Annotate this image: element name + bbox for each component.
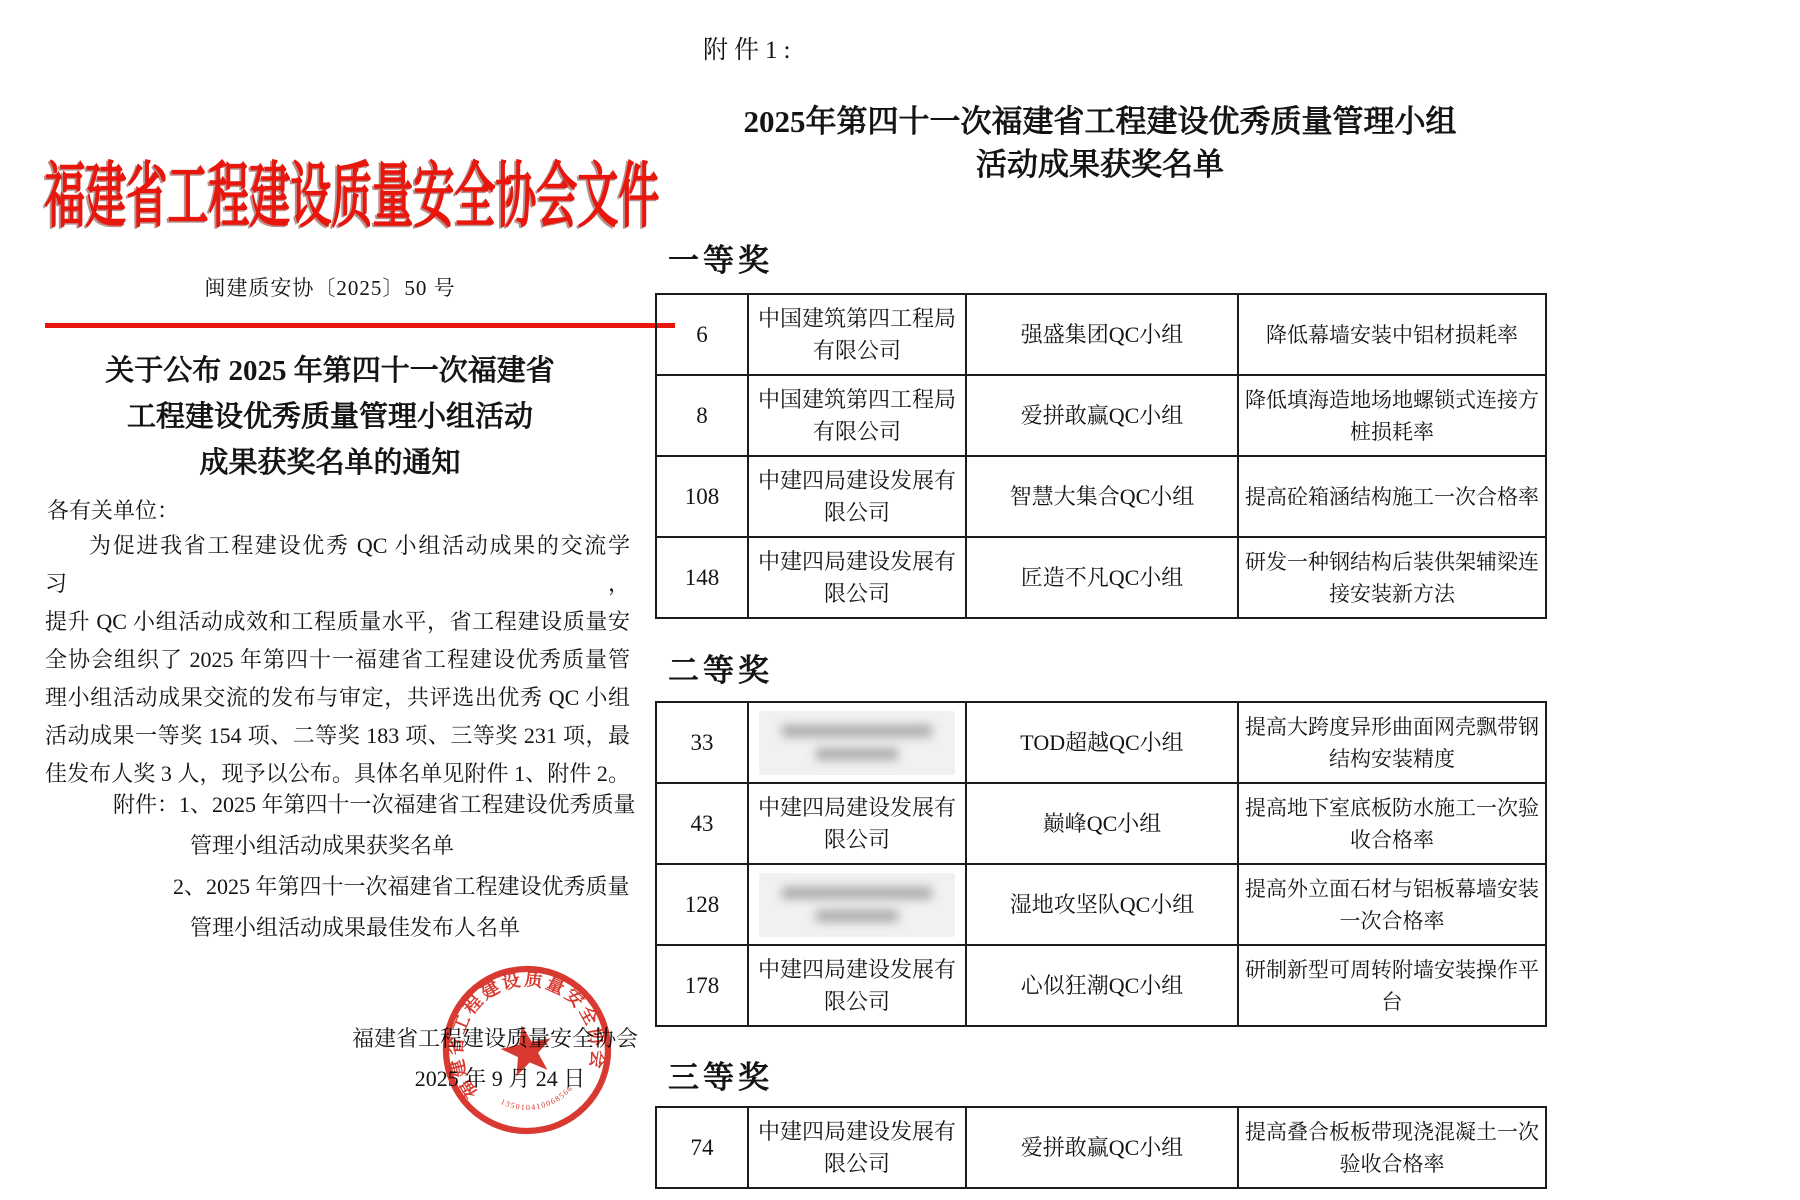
body-line: 提升 QC 小组活动成效和工程质量水平，省工程建设质量安 <box>45 603 630 641</box>
award-number: 6 <box>656 294 748 375</box>
body-line: 活动成果一等奖 154 项、二等奖 183 项、三等奖 231 项，最 <box>45 717 630 755</box>
attachment-line: 管理小组活动成果获奖名单 <box>45 825 630 866</box>
company-name: 中建四局建设发展有限公司 <box>748 456 966 537</box>
attachment-1-label: 附件1: <box>703 30 796 66</box>
result-title: 提高外立面石材与铝板幕墙安装一次合格率 <box>1238 864 1546 945</box>
result-title: 提高叠合板板带现浇混凝土一次验收合格率 <box>1238 1107 1546 1188</box>
company-name: 中建四局建设发展有限公司 <box>748 783 966 864</box>
third-prize-label: 三等奖 <box>668 1052 773 1097</box>
svg-text:135010410068566: 135010410068566 <box>498 1082 578 1118</box>
second-prize-label: 二等奖 <box>668 645 773 690</box>
award-number: 148 <box>656 537 748 618</box>
document-number: 闽建质安协〔2025〕50 号 <box>0 272 660 302</box>
result-title: 降低幕墙安装中铝材损耗率 <box>1238 294 1546 375</box>
result-title: 提高砼箱涵结构施工一次合格率 <box>1238 456 1546 537</box>
qc-group-name: 湿地攻坚队QC小组 <box>966 864 1238 945</box>
attachment-list: 附件：1、2025 年第四十一次福建省工程建设优秀质量 管理小组活动成果获奖名单… <box>45 784 630 948</box>
attachment-line: 管理小组活动成果最佳发布人名单 <box>45 907 630 948</box>
table-row: 148中建四局建设发展有限公司匠造不凡QC小组研发一种钢结构后装供架辅梁连接安装… <box>656 537 1546 618</box>
seal-star-icon <box>497 1020 557 1078</box>
table-row: 128湿地攻坚队QC小组提高外立面石材与铝板幕墙安装一次合格率 <box>656 864 1546 945</box>
masthead-title: 福建省工程建设质量安全协会文件 <box>38 138 666 241</box>
company-name <box>748 864 966 945</box>
qc-group-name: 智慧大集合QC小组 <box>966 456 1238 537</box>
document-canvas: 福建省工程建设质量安全协会文件 闽建质安协〔2025〕50 号 关于公布 202… <box>0 0 1800 1200</box>
result-title: 研制新型可周转附墙安装操作平台 <box>1238 945 1546 1026</box>
body-line: 理小组活动成果交流的发布与审定，共评选出优秀 QC 小组 <box>45 679 630 717</box>
qc-group-name: 强盛集团QC小组 <box>966 294 1238 375</box>
third-prize-table: 74中建四局建设发展有限公司爱拼敢赢QC小组提高叠合板板带现浇混凝土一次验收合格… <box>655 1106 1547 1189</box>
qc-group-name: 巅峰QC小组 <box>966 783 1238 864</box>
red-divider-rule <box>45 323 675 328</box>
redacted-company-blur <box>759 873 955 937</box>
company-name: 中建四局建设发展有限公司 <box>748 945 966 1026</box>
first-prize-table: 6中国建筑第四工程局有限公司强盛集团QC小组降低幕墙安装中铝材损耗率8中国建筑第… <box>655 293 1547 619</box>
official-red-seal: 福建省工程建设质量安全协会 135010410068566 <box>420 943 633 1156</box>
notice-title-line: 关于公布 2025 年第四十一次福建省 <box>40 348 620 394</box>
award-list-title-line: 活动成果获奖名单 <box>655 143 1545 186</box>
body-line: 为促进我省工程建设优秀 QC 小组活动成果的交流学习， <box>45 527 630 603</box>
qc-group-name: 爱拼敢赢QC小组 <box>966 375 1238 456</box>
table-row: 43中建四局建设发展有限公司巅峰QC小组提高地下室底板防水施工一次验收合格率 <box>656 783 1546 864</box>
result-title: 研发一种钢结构后装供架辅梁连接安装新方法 <box>1238 537 1546 618</box>
left-page: 福建省工程建设质量安全协会文件 闽建质安协〔2025〕50 号 关于公布 202… <box>0 0 660 1200</box>
table-row: 178中建四局建设发展有限公司心似狂潮QC小组研制新型可周转附墙安装操作平台 <box>656 945 1546 1026</box>
award-list-title-line: 2025年第四十一次福建省工程建设优秀质量管理小组 <box>655 100 1545 143</box>
attachment-line: 2、2025 年第四十一次福建省工程建设优秀质量 <box>45 866 630 907</box>
company-name: 中国建筑第四工程局有限公司 <box>748 294 966 375</box>
award-number: 178 <box>656 945 748 1026</box>
result-title: 降低填海造地场地螺锁式连接方桩损耗率 <box>1238 375 1546 456</box>
table-row: 33TOD超越QC小组提高大跨度异形曲面网壳飘带钢结构安装精度 <box>656 702 1546 783</box>
notice-title-line: 工程建设优秀质量管理小组活动 <box>40 394 620 440</box>
award-number: 43 <box>656 783 748 864</box>
company-name: 中国建筑第四工程局有限公司 <box>748 375 966 456</box>
body-line: 全协会组织了 2025 年第四十一福建省工程建设优秀质量管 <box>45 641 630 679</box>
qc-group-name: TOD超越QC小组 <box>966 702 1238 783</box>
seal-serial-number: 135010410068566 <box>498 1082 578 1118</box>
redacted-company-blur <box>759 711 955 775</box>
table-row: 74中建四局建设发展有限公司爱拼敢赢QC小组提高叠合板板带现浇混凝土一次验收合格… <box>656 1107 1546 1188</box>
table-row: 8中国建筑第四工程局有限公司爱拼敢赢QC小组降低填海造地场地螺锁式连接方桩损耗率 <box>656 375 1546 456</box>
qc-group-name: 心似狂潮QC小组 <box>966 945 1238 1026</box>
notice-title-line: 成果获奖名单的通知 <box>40 440 620 486</box>
attachment-line: 附件：1、2025 年第四十一次福建省工程建设优秀质量 <box>45 784 630 825</box>
company-name: 中建四局建设发展有限公司 <box>748 537 966 618</box>
table-row: 108中建四局建设发展有限公司智慧大集合QC小组提高砼箱涵结构施工一次合格率 <box>656 456 1546 537</box>
table-row: 6中国建筑第四工程局有限公司强盛集团QC小组降低幕墙安装中铝材损耗率 <box>656 294 1546 375</box>
company-name: 中建四局建设发展有限公司 <box>748 1107 966 1188</box>
award-number: 8 <box>656 375 748 456</box>
award-number: 74 <box>656 1107 748 1188</box>
qc-group-name: 匠造不凡QC小组 <box>966 537 1238 618</box>
award-number: 33 <box>656 702 748 783</box>
notice-title: 关于公布 2025 年第四十一次福建省 工程建设优秀质量管理小组活动 成果获奖名… <box>40 348 620 486</box>
award-number: 108 <box>656 456 748 537</box>
first-prize-label: 一等奖 <box>668 235 773 280</box>
result-title: 提高大跨度异形曲面网壳飘带钢结构安装精度 <box>1238 702 1546 783</box>
second-prize-table: 33TOD超越QC小组提高大跨度异形曲面网壳飘带钢结构安装精度43中建四局建设发… <box>655 701 1547 1027</box>
notice-body: 为促进我省工程建设优秀 QC 小组活动成果的交流学习， 提升 QC 小组活动成效… <box>45 527 630 793</box>
company-name <box>748 702 966 783</box>
award-list-title: 2025年第四十一次福建省工程建设优秀质量管理小组 活动成果获奖名单 <box>655 100 1545 186</box>
salutation: 各有关单位： <box>47 494 179 525</box>
qc-group-name: 爱拼敢赢QC小组 <box>966 1107 1238 1188</box>
right-page: 附件1: 2025年第四十一次福建省工程建设优秀质量管理小组 活动成果获奖名单 … <box>650 0 1800 1200</box>
result-title: 提高地下室底板防水施工一次验收合格率 <box>1238 783 1546 864</box>
award-number: 128 <box>656 864 748 945</box>
